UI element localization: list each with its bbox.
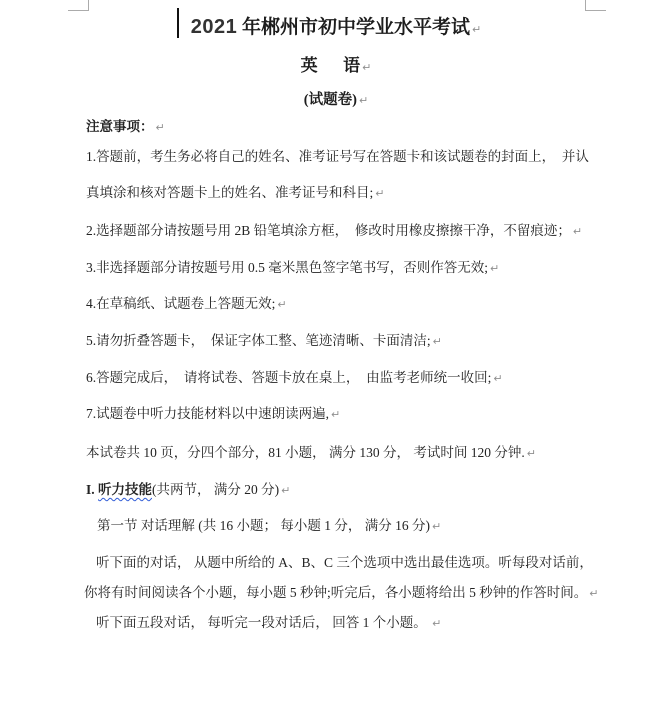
notice-item-1-line-2-text: 真填涂和核对答题卡上的姓名、准考证号和科目; <box>86 185 373 200</box>
doc-title[interactable]: 2021 年郴州市初中学业水平考试↵ <box>86 12 586 39</box>
listening-instruction-line-1-text: 听下面的对话， 从题中所给的 A、B、C 三个选项中选出最佳选项。听每段对话前， <box>96 555 593 570</box>
word-document-page[interactable]: 2021 年郴州市初中学业水平考试↵ 英 语↵ (试题卷)↵ 注意事项：↵ 1.… <box>0 0 654 722</box>
notice-item-4[interactable]: 4.在草稿纸、试题卷上答题无效;↵ <box>86 294 287 314</box>
subject-title-text: 英 语 <box>301 56 361 75</box>
paragraph-mark-icon: ↵ <box>433 335 442 348</box>
doc-title-year: 2021 <box>191 16 238 38</box>
notice-item-1-line-1-text: 1.答题前，考生务必将自己的姓名、准考证号写在答题卡和该试题卷的封面上， 并认 <box>86 149 589 164</box>
margin-corner-mark-right-icon <box>585 0 606 11</box>
listening-instruction-line-1[interactable]: 听下面的对话， 从题中所给的 A、B、C 三个选项中选出最佳选项。听每段对话前， <box>96 553 593 572</box>
paragraph-mark-icon: ↵ <box>493 372 502 385</box>
paragraph-mark-icon: ↵ <box>156 121 165 134</box>
paragraph-mark-icon: ↵ <box>490 262 499 275</box>
notice-heading[interactable]: 注意事项：↵ <box>86 117 165 137</box>
notice-item-4-text: 4.在草稿纸、试题卷上答题无效; <box>86 296 275 311</box>
subject-title[interactable]: 英 语↵ <box>86 51 586 76</box>
paper-type-text: (试题卷) <box>304 92 357 108</box>
margin-corner-mark-left-icon <box>68 0 89 11</box>
paragraph-mark-icon: ↵ <box>277 298 286 311</box>
notice-item-2[interactable]: 2.选择题部分请按题号用 2B 铅笔填涂方框， 修改时用橡皮擦擦干净，不留痕迹；… <box>86 221 582 241</box>
paragraph-mark-icon: ↵ <box>362 61 371 74</box>
section-1-numeral: I. <box>86 482 98 497</box>
paragraph-mark-icon: ↵ <box>573 225 582 238</box>
notice-item-5-text: 5.请勿折叠答题卡， 保证字体工整、笔迹清晰、卡面清洁; <box>86 333 431 348</box>
paragraph-mark-icon: ↵ <box>281 484 290 497</box>
paragraph-mark-icon: ↵ <box>527 447 536 460</box>
paragraph-mark-icon: ↵ <box>472 23 481 36</box>
listening-instruction-line-3-text: 听下面五段对话， 每听完一段对话后， 回答 1 个小题。 <box>96 615 430 630</box>
part-1-heading[interactable]: 第一节 对话理解 (共 16 小题； 每小题 1 分， 满分 16 分)↵ <box>97 516 441 536</box>
section-1-heading[interactable]: I. 听力技能(共两节， 满分 20 分)↵ <box>86 480 290 500</box>
paragraph-mark-icon: ↵ <box>331 408 340 421</box>
notice-item-6-text: 6.答题完成后， 请将试卷、答题卡放在桌上， 由监考老师统一收回; <box>86 370 491 385</box>
exam-info-text: 本试卷共 10 页，分四个部分，81 小题， 满分 130 分， 考试时间 12… <box>86 445 525 460</box>
paper-type-title[interactable]: (试题卷)↵ <box>86 88 586 109</box>
paragraph-mark-icon: ↵ <box>589 587 598 600</box>
notice-heading-text: 注意事项： <box>86 119 154 134</box>
notice-item-3-text: 3.非选择题部分请按题号用 0.5 毫米黑色签字笔书写，否则作答无效; <box>86 260 488 275</box>
notice-item-3[interactable]: 3.非选择题部分请按题号用 0.5 毫米黑色签字笔书写，否则作答无效;↵ <box>86 258 499 278</box>
section-1-name: 听力技能 <box>98 482 152 497</box>
notice-item-5[interactable]: 5.请勿折叠答题卡， 保证字体工整、笔迹清晰、卡面清洁;↵ <box>86 331 442 351</box>
paragraph-mark-icon: ↵ <box>359 94 368 107</box>
paragraph-mark-icon: ↵ <box>432 617 441 630</box>
listening-instruction-line-2-text: 你将有时间阅读各个小题，每小题 5 秒钟;听完后，各小题将给出 5 秒钟的作答时… <box>84 585 587 600</box>
notice-item-1-line-1[interactable]: 1.答题前，考生务必将自己的姓名、准考证号写在答题卡和该试题卷的封面上， 并认 <box>86 147 589 166</box>
notice-item-2-text: 2.选择题部分请按题号用 2B 铅笔填涂方框， 修改时用橡皮擦擦干净，不留痕迹； <box>86 223 571 238</box>
listening-instruction-line-2[interactable]: 你将有时间阅读各个小题，每小题 5 秒钟;听完后，各小题将给出 5 秒钟的作答时… <box>84 583 598 603</box>
doc-title-text: 年郴州市初中学业水平考试 <box>237 17 470 38</box>
part-1-heading-text: 第一节 对话理解 (共 16 小题； 每小题 1 分， 满分 16 分) <box>97 518 430 533</box>
exam-info-line[interactable]: 本试卷共 10 页，分四个部分，81 小题， 满分 130 分， 考试时间 12… <box>86 443 536 463</box>
notice-item-6[interactable]: 6.答题完成后， 请将试卷、答题卡放在桌上， 由监考老师统一收回;↵ <box>86 368 503 388</box>
notice-item-7-text: 7.试题卷中听力技能材料以中速朗读两遍, <box>86 406 329 421</box>
paragraph-mark-icon: ↵ <box>432 520 441 533</box>
notice-item-7[interactable]: 7.试题卷中听力技能材料以中速朗读两遍,↵ <box>86 404 340 424</box>
notice-item-1-line-2[interactable]: 真填涂和核对答题卡上的姓名、准考证号和科目;↵ <box>86 183 384 203</box>
paragraph-mark-icon: ↵ <box>375 187 384 200</box>
section-1-scope: (共两节， 满分 20 分) <box>152 482 279 497</box>
listening-instruction-line-3[interactable]: 听下面五段对话， 每听完一段对话后， 回答 1 个小题。 ↵ <box>96 613 441 633</box>
